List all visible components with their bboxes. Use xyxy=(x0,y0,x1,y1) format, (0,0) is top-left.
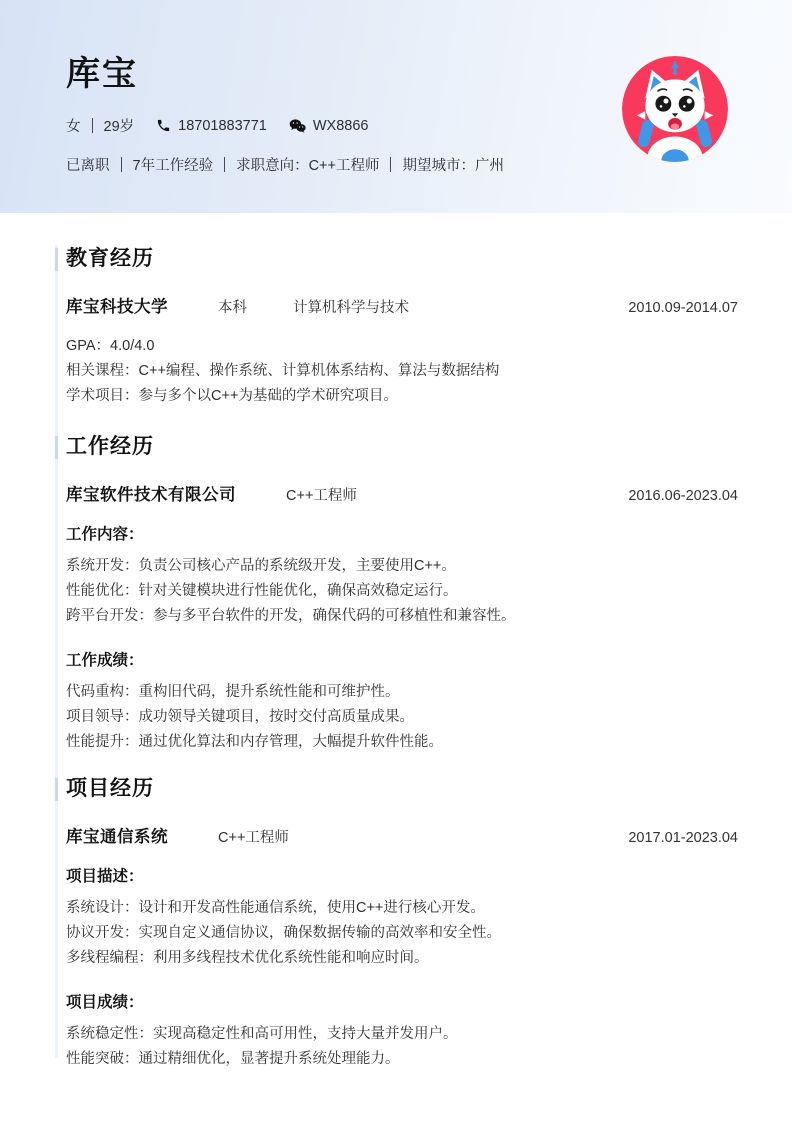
section-title-text: 项目经历 xyxy=(66,777,154,800)
section-title-bar xyxy=(55,436,58,459)
project-line: 协议开发：实现自定义通信协议，确保数据传输的高效率和安全性。 xyxy=(66,921,738,946)
work-content-block: 工作内容： 系统开发：负责公司核心产品的系统级开发，主要使用C++。 性能优化：… xyxy=(66,525,738,629)
section-work: 工作经历 库宝软件技术有限公司 C++工程师 2016.06-2023.04 工… xyxy=(66,409,738,755)
avatar xyxy=(622,56,728,162)
separator xyxy=(224,157,225,172)
education-line: GPA：4.0/4.0 xyxy=(66,334,738,359)
education-date-range: 2010.09-2014.07 xyxy=(628,300,738,316)
section-title-project: 项目经历 xyxy=(66,775,738,803)
work-line: 项目领导：成功领导关键项目，按时交付高质量成果。 xyxy=(66,705,738,730)
section-title-work: 工作经历 xyxy=(66,433,738,461)
block-lines: 系统设计：设计和开发高性能通信系统，使用C++进行核心开发。 协议开发：实现自定… xyxy=(66,896,738,971)
work-line: 性能提升：通过优化算法和内存管理，大幅提升软件性能。 xyxy=(66,730,738,755)
school-name: 库宝科技大学 xyxy=(66,293,168,317)
project-name: 库宝通信系统 xyxy=(66,823,168,847)
block-label: 工作内容： xyxy=(66,525,738,545)
work-line: 代码重构：重构旧代码，提升系统性能和可维护性。 xyxy=(66,680,738,705)
project-line: 性能突破：通过精细优化，显著提升系统处理能力。 xyxy=(66,1047,738,1072)
education-entry-header: 库宝科技大学 本科 计算机科学与技术 2010.09-2014.07 xyxy=(66,293,738,317)
resume-page: 库宝 女 29岁 18701883771 xyxy=(0,0,792,1121)
company-name: 库宝软件技术有限公司 xyxy=(66,481,236,505)
work-line: 性能优化：针对关键模块进行性能优化，确保高效稳定运行。 xyxy=(66,579,738,604)
degree-label: 本科 xyxy=(218,296,247,317)
project-line: 多线程编程：利用多线程技术优化系统性能和响应时间。 xyxy=(66,946,738,971)
section-title-bar xyxy=(55,778,58,801)
project-description-block: 项目描述： 系统设计：设计和开发高性能通信系统，使用C++进行核心开发。 协议开… xyxy=(66,867,738,971)
section-title-text: 工作经历 xyxy=(66,435,154,458)
project-role: C++工程师 xyxy=(218,826,289,847)
phone-icon xyxy=(156,118,171,133)
gender-label: 女 xyxy=(66,115,81,136)
section-rail xyxy=(55,245,58,1058)
block-label: 项目描述： xyxy=(66,867,738,887)
section-title-education: 教育经历 xyxy=(66,245,738,273)
section-title-bar xyxy=(55,248,58,271)
education-line: 相关课程：C++编程、操作系统、计算机体系结构、算法与数据结构 xyxy=(66,359,738,384)
work-years: 7年工作经验 xyxy=(133,154,214,175)
block-label: 工作成绩： xyxy=(66,651,738,671)
resume-body: 教育经历 库宝科技大学 本科 计算机科学与技术 2010.09-2014.07 … xyxy=(0,213,792,1121)
block-lines: 代码重构：重构旧代码，提升系统性能和可维护性。 项目领导：成功领导关键项目，按时… xyxy=(66,680,738,755)
project-line: 系统稳定性：实现高稳定性和高可用性，支持大量并发用户。 xyxy=(66,1022,738,1047)
resume-header: 库宝 女 29岁 18701883771 xyxy=(0,0,792,213)
expected-city: 期望城市：广州 xyxy=(402,154,504,175)
project-achievement-block: 项目成绩： 系统稳定性：实现高稳定性和高可用性，支持大量并发用户。 性能突破：通… xyxy=(66,993,738,1072)
work-entry-header: 库宝软件技术有限公司 C++工程师 2016.06-2023.04 xyxy=(66,481,738,505)
block-lines: 系统稳定性：实现高稳定性和高可用性，支持大量并发用户。 性能突破：通过精细优化，… xyxy=(66,1022,738,1072)
work-achievement-block: 工作成绩： 代码重构：重构旧代码，提升系统性能和可维护性。 项目领导：成功领导关… xyxy=(66,651,738,755)
major-label: 计算机科学与技术 xyxy=(293,296,409,317)
job-intention: 求职意向：C++工程师 xyxy=(236,154,379,175)
separator xyxy=(390,157,391,172)
phone-number: 18701883771 xyxy=(178,118,267,134)
education-line: 学术项目：参与多个以C++为基础的学术研究项目。 xyxy=(66,384,738,409)
section-education: 教育经历 库宝科技大学 本科 计算机科学与技术 2010.09-2014.07 … xyxy=(66,213,738,409)
work-line: 跨平台开发：参与多平台软件的开发，确保代码的可移植性和兼容性。 xyxy=(66,604,738,629)
wechat-icon xyxy=(289,118,306,134)
project-line: 系统设计：设计和开发高性能通信系统，使用C++进行核心开发。 xyxy=(66,896,738,921)
wechat-id: WX8866 xyxy=(313,118,369,134)
separator xyxy=(92,118,93,133)
info-row: 已离职 7年工作经验 求职意向：C++工程师 期望城市：广州 xyxy=(66,154,504,175)
block-lines: 系统开发：负责公司核心产品的系统级开发，主要使用C++。 性能优化：针对关键模块… xyxy=(66,554,738,629)
block-label: 项目成绩： xyxy=(66,993,738,1013)
candidate-name: 库宝 xyxy=(66,46,138,95)
work-line: 系统开发：负责公司核心产品的系统级开发，主要使用C++。 xyxy=(66,554,738,579)
separator xyxy=(121,157,122,172)
work-role: C++工程师 xyxy=(286,484,357,505)
age-label: 29岁 xyxy=(104,115,135,136)
education-details: GPA：4.0/4.0 相关课程：C++编程、操作系统、计算机体系结构、算法与数… xyxy=(66,334,738,409)
section-project: 项目经历 库宝通信系统 C++工程师 2017.01-2023.04 项目描述：… xyxy=(66,755,738,1072)
job-status: 已离职 xyxy=(66,154,110,175)
contact-row: 女 29岁 18701883771 xyxy=(66,115,368,136)
section-title-text: 教育经历 xyxy=(66,247,154,270)
project-entry-header: 库宝通信系统 C++工程师 2017.01-2023.04 xyxy=(66,823,738,847)
work-date-range: 2016.06-2023.04 xyxy=(628,488,738,504)
project-date-range: 2017.01-2023.04 xyxy=(628,830,738,846)
